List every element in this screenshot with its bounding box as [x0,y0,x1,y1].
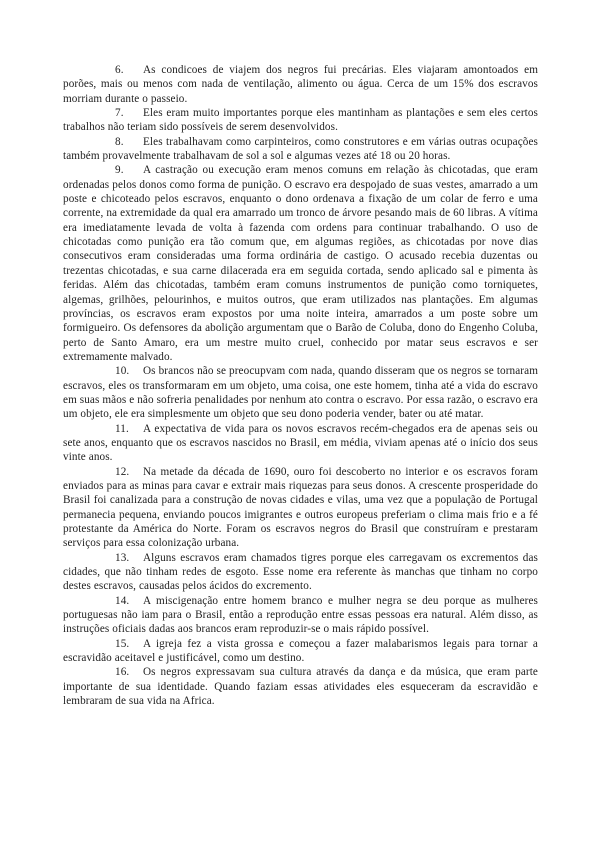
numbered-paragraph: 6.As condicoes de viajem dos negros fui … [63,63,538,106]
numbered-paragraph: 10.Os brancos não se preocupvam com nada… [63,364,538,421]
paragraph-number: 11. [115,422,143,436]
paragraph-number: 12. [115,465,143,479]
paragraph-number: 13. [115,551,143,565]
paragraph-list: 6.As condicoes de viajem dos negros fui … [63,63,538,708]
paragraph-number: 10. [115,364,143,378]
paragraph-number: 9. [115,163,143,177]
numbered-paragraph: 15.A igreja fez a vista grossa e começou… [63,637,538,666]
paragraph-number: 15. [115,637,143,651]
paragraph-number: 7. [115,106,143,120]
document-page: 6.As condicoes de viajem dos negros fui … [0,0,600,848]
numbered-paragraph: 16.Os negros expressavam sua cultura atr… [63,665,538,708]
numbered-paragraph: 7.Eles eram muito importantes porque ele… [63,106,538,135]
numbered-paragraph: 9.A castração ou execução eram menos com… [63,163,538,364]
paragraph-number: 6. [115,63,143,77]
numbered-paragraph: 8.Eles trabalhavam como carpinteiros, co… [63,135,538,164]
numbered-paragraph: 14.A miscigenação entre homem branco e m… [63,594,538,637]
paragraph-text: A castração ou execução eram menos comun… [63,164,538,362]
numbered-paragraph: 11.A expectativa de vida para os novos e… [63,422,538,465]
numbered-paragraph: 12.Na metade da década de 1690, ouro foi… [63,465,538,551]
paragraph-number: 8. [115,135,143,149]
paragraph-number: 16. [115,665,143,679]
numbered-paragraph: 13.Alguns escravos eram chamados tigres … [63,551,538,594]
paragraph-text: Na metade da década de 1690, ouro foi de… [63,466,538,550]
paragraph-number: 14. [115,594,143,608]
